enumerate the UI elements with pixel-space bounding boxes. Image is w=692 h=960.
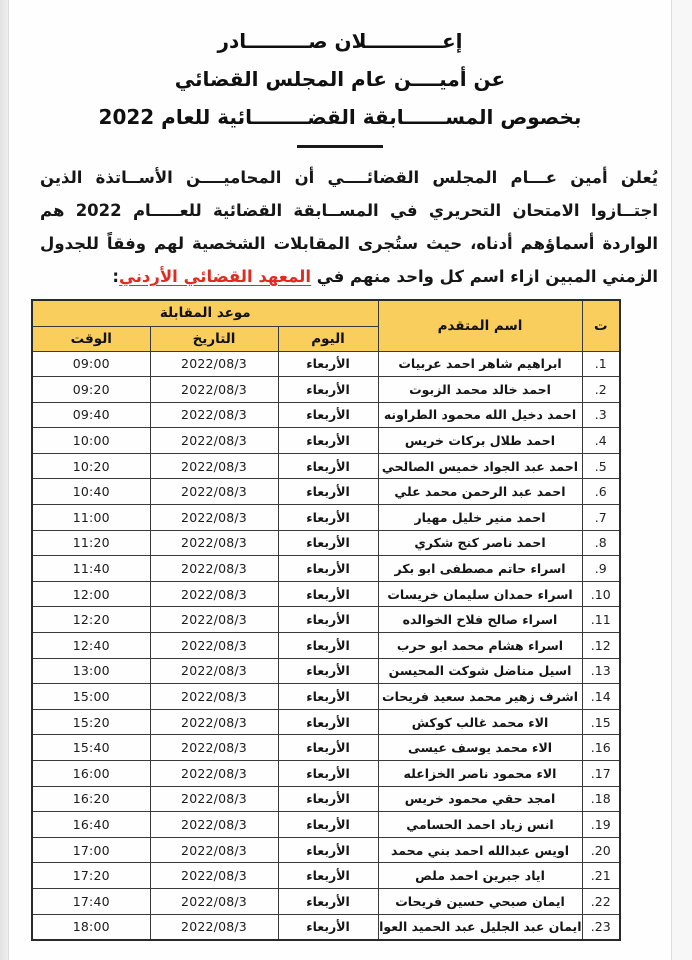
cell-time: 10:00 [32, 428, 150, 454]
cell-row-number: 12. [582, 633, 620, 659]
cell-time: 12:00 [32, 581, 150, 607]
cell-row-number: 23. [582, 914, 620, 940]
cell-day: الأربعاء [278, 633, 378, 659]
cell-time: 11:00 [32, 505, 150, 531]
cell-date: 2022/08/3 [150, 581, 278, 607]
cell-day: الأربعاء [278, 351, 378, 377]
col-header-day: اليوم [278, 326, 378, 351]
intro-highlight-institute: المعهد القضائي الأردني [119, 267, 311, 286]
table-row: 2. احمد خالد محمد الزبوت الأربعاء 2022/0… [32, 377, 620, 403]
intro-paragraph: يُعلن أمين عـــام المجلس القضائــــي أن … [40, 161, 658, 293]
table-row: 15. الاء محمد غالب كوكش الأربعاء 2022/08… [32, 709, 620, 735]
table-row: 11. اسراء صالح فلاح الخوالده الأربعاء 20… [32, 607, 620, 633]
cell-date: 2022/08/3 [150, 453, 278, 479]
table-row: 5. احمد عبد الجواد خميس الصالحي الأربعاء… [32, 453, 620, 479]
cell-time: 10:20 [32, 453, 150, 479]
col-header-applicant-name: اسم المتقدم [378, 300, 582, 351]
cell-applicant-name: الاء محمد يوسف عيسى [378, 735, 582, 761]
cell-time: 15:00 [32, 684, 150, 710]
cell-time: 13:00 [32, 658, 150, 684]
cell-applicant-name: ايمان عبد الجليل عبد الحميد العوابده [378, 914, 582, 940]
cell-time: 17:20 [32, 863, 150, 889]
cell-row-number: 5. [582, 453, 620, 479]
cell-time: 11:40 [32, 556, 150, 582]
cell-row-number: 2. [582, 377, 620, 403]
cell-applicant-name: اياد جبرين احمد ملص [378, 863, 582, 889]
cell-time: 11:20 [32, 530, 150, 556]
cell-day: الأربعاء [278, 684, 378, 710]
announcement-title-block: إعـــــــــــلان صـــــــــادر عن أميـــ… [10, 22, 670, 148]
cell-date: 2022/08/3 [150, 556, 278, 582]
cell-time: 09:20 [32, 377, 150, 403]
cell-time: 17:40 [32, 888, 150, 914]
scan-edge-right [671, 0, 692, 960]
title-separator-rule [297, 145, 383, 148]
table-row: 18. امجد حقي محمود خريس الأربعاء 2022/08… [32, 786, 620, 812]
cell-day: الأربعاء [278, 402, 378, 428]
cell-date: 2022/08/3 [150, 530, 278, 556]
interview-schedule-table: ت اسم المتقدم موعد المقابلة اليوم التاري… [31, 299, 621, 941]
cell-time: 16:40 [32, 812, 150, 838]
cell-date: 2022/08/3 [150, 761, 278, 787]
table-row: 19. انس زياد احمد الحسامي الأربعاء 2022/… [32, 812, 620, 838]
cell-applicant-name: اشرف زهير محمد سعيد فريحات [378, 684, 582, 710]
cell-applicant-name: اسراء هشام محمد ابو حرب [378, 633, 582, 659]
cell-date: 2022/08/3 [150, 479, 278, 505]
cell-row-number: 21. [582, 863, 620, 889]
table-row: 1. ابراهيم شاهر احمد عربيات الأربعاء 202… [32, 351, 620, 377]
cell-applicant-name: احمد منير خليل مهيار [378, 505, 582, 531]
cell-time: 10:40 [32, 479, 150, 505]
cell-day: الأربعاء [278, 761, 378, 787]
cell-day: الأربعاء [278, 735, 378, 761]
cell-row-number: 10. [582, 581, 620, 607]
table-row: 6. احمد عبد الرحمن محمد علي الأربعاء 202… [32, 479, 620, 505]
cell-date: 2022/08/3 [150, 428, 278, 454]
cell-day: الأربعاء [278, 581, 378, 607]
cell-row-number: 11. [582, 607, 620, 633]
cell-day: الأربعاء [278, 505, 378, 531]
table-row: 16. الاء محمد يوسف عيسى الأربعاء 2022/08… [32, 735, 620, 761]
cell-time: 12:20 [32, 607, 150, 633]
cell-date: 2022/08/3 [150, 505, 278, 531]
cell-applicant-name: اسراء صالح فلاح الخوالده [378, 607, 582, 633]
title-line-1: إعـــــــــــلان صـــــــــادر [10, 22, 670, 60]
cell-row-number: 19. [582, 812, 620, 838]
cell-row-number: 8. [582, 530, 620, 556]
cell-time: 15:20 [32, 709, 150, 735]
cell-applicant-name: ابراهيم شاهر احمد عربيات [378, 351, 582, 377]
cell-time: 16:20 [32, 786, 150, 812]
cell-day: الأربعاء [278, 530, 378, 556]
cell-row-number: 9. [582, 556, 620, 582]
table-row: 23. ايمان عبد الجليل عبد الحميد العوابده… [32, 914, 620, 940]
col-header-date: التاريخ [150, 326, 278, 351]
cell-day: الأربعاء [278, 709, 378, 735]
cell-day: الأربعاء [278, 914, 378, 940]
cell-date: 2022/08/3 [150, 914, 278, 940]
scan-edge-left [0, 0, 9, 960]
cell-time: 09:00 [32, 351, 150, 377]
cell-row-number: 1. [582, 351, 620, 377]
cell-date: 2022/08/3 [150, 684, 278, 710]
cell-applicant-name: ايمان صبحي حسين فريحات [378, 888, 582, 914]
cell-date: 2022/08/3 [150, 377, 278, 403]
table-row: 12. اسراء هشام محمد ابو حرب الأربعاء 202… [32, 633, 620, 659]
cell-applicant-name: اسيل مناضل شوكت المحيسن [378, 658, 582, 684]
cell-applicant-name: انس زياد احمد الحسامي [378, 812, 582, 838]
table-header: ت اسم المتقدم موعد المقابلة اليوم التاري… [32, 300, 620, 351]
cell-date: 2022/08/3 [150, 607, 278, 633]
cell-time: 09:40 [32, 402, 150, 428]
cell-time: 12:40 [32, 633, 150, 659]
cell-row-number: 7. [582, 505, 620, 531]
table-row: 9. اسراء حاتم مصطفى ابو بكر الأربعاء 202… [32, 556, 620, 582]
table-row: 21. اياد جبرين احمد ملص الأربعاء 2022/08… [32, 863, 620, 889]
cell-date: 2022/08/3 [150, 837, 278, 863]
cell-date: 2022/08/3 [150, 658, 278, 684]
table-row: 4. احمد طلال بركات خريس الأربعاء 2022/08… [32, 428, 620, 454]
cell-date: 2022/08/3 [150, 812, 278, 838]
cell-applicant-name: اسراء حاتم مصطفى ابو بكر [378, 556, 582, 582]
cell-day: الأربعاء [278, 453, 378, 479]
cell-day: الأربعاء [278, 837, 378, 863]
cell-day: الأربعاء [278, 556, 378, 582]
cell-time: 18:00 [32, 914, 150, 940]
announcement-page: إعـــــــــــلان صـــــــــادر عن أميـــ… [10, 0, 670, 960]
cell-date: 2022/08/3 [150, 351, 278, 377]
cell-date: 2022/08/3 [150, 633, 278, 659]
cell-day: الأربعاء [278, 479, 378, 505]
table-row: 20. اويس عبدالله احمد بني محمد الأربعاء … [32, 837, 620, 863]
cell-row-number: 22. [582, 888, 620, 914]
col-header-time: الوقت [32, 326, 150, 351]
cell-applicant-name: اسراء حمدان سليمان خريسات [378, 581, 582, 607]
cell-date: 2022/08/3 [150, 735, 278, 761]
cell-day: الأربعاء [278, 377, 378, 403]
cell-date: 2022/08/3 [150, 709, 278, 735]
title-line-3: بخصوص المســــــابقة القضــــــــائية لل… [10, 98, 670, 136]
table-row: 3. احمد دخيل الله محمود الطراونه الأربعا… [32, 402, 620, 428]
table-row: 17. الاء محمود ناصر الخزاعله الأربعاء 20… [32, 761, 620, 787]
title-line-2: عن أميــــن عام المجلس القضائي [10, 60, 670, 98]
table-row: 22. ايمان صبحي حسين فريحات الأربعاء 2022… [32, 888, 620, 914]
cell-row-number: 18. [582, 786, 620, 812]
cell-applicant-name: احمد عبد الجواد خميس الصالحي [378, 453, 582, 479]
cell-row-number: 3. [582, 402, 620, 428]
cell-date: 2022/08/3 [150, 402, 278, 428]
cell-row-number: 14. [582, 684, 620, 710]
cell-row-number: 13. [582, 658, 620, 684]
cell-time: 16:00 [32, 761, 150, 787]
cell-day: الأربعاء [278, 658, 378, 684]
cell-applicant-name: احمد دخيل الله محمود الطراونه [378, 402, 582, 428]
cell-row-number: 20. [582, 837, 620, 863]
cell-applicant-name: الاء محمود ناصر الخزاعله [378, 761, 582, 787]
table-row: 13. اسيل مناضل شوكت المحيسن الأربعاء 202… [32, 658, 620, 684]
cell-row-number: 4. [582, 428, 620, 454]
cell-applicant-name: احمد عبد الرحمن محمد علي [378, 479, 582, 505]
cell-applicant-name: امجد حقي محمود خريس [378, 786, 582, 812]
cell-day: الأربعاء [278, 786, 378, 812]
cell-time: 17:00 [32, 837, 150, 863]
cell-applicant-name: اويس عبدالله احمد بني محمد [378, 837, 582, 863]
cell-applicant-name: احمد طلال بركات خريس [378, 428, 582, 454]
col-header-appointment: موعد المقابلة [32, 300, 378, 326]
cell-day: الأربعاء [278, 812, 378, 838]
col-header-number: ت [582, 300, 620, 351]
cell-row-number: 15. [582, 709, 620, 735]
cell-day: الأربعاء [278, 863, 378, 889]
cell-day: الأربعاء [278, 607, 378, 633]
cell-day: الأربعاء [278, 888, 378, 914]
cell-time: 15:40 [32, 735, 150, 761]
cell-row-number: 6. [582, 479, 620, 505]
cell-row-number: 17. [582, 761, 620, 787]
cell-row-number: 16. [582, 735, 620, 761]
cell-applicant-name: احمد خالد محمد الزبوت [378, 377, 582, 403]
table-row: 14. اشرف زهير محمد سعيد فريحات الأربعاء … [32, 684, 620, 710]
cell-date: 2022/08/3 [150, 786, 278, 812]
cell-date: 2022/08/3 [150, 888, 278, 914]
cell-day: الأربعاء [278, 428, 378, 454]
table-body: 1. ابراهيم شاهر احمد عربيات الأربعاء 202… [32, 351, 620, 940]
cell-applicant-name: الاء محمد غالب كوكش [378, 709, 582, 735]
cell-date: 2022/08/3 [150, 863, 278, 889]
table-row: 10. اسراء حمدان سليمان خريسات الأربعاء 2… [32, 581, 620, 607]
table-row: 8. احمد ناصر كنج شكري الأربعاء 2022/08/3… [32, 530, 620, 556]
table-row: 7. احمد منير خليل مهيار الأربعاء 2022/08… [32, 505, 620, 531]
cell-applicant-name: احمد ناصر كنج شكري [378, 530, 582, 556]
